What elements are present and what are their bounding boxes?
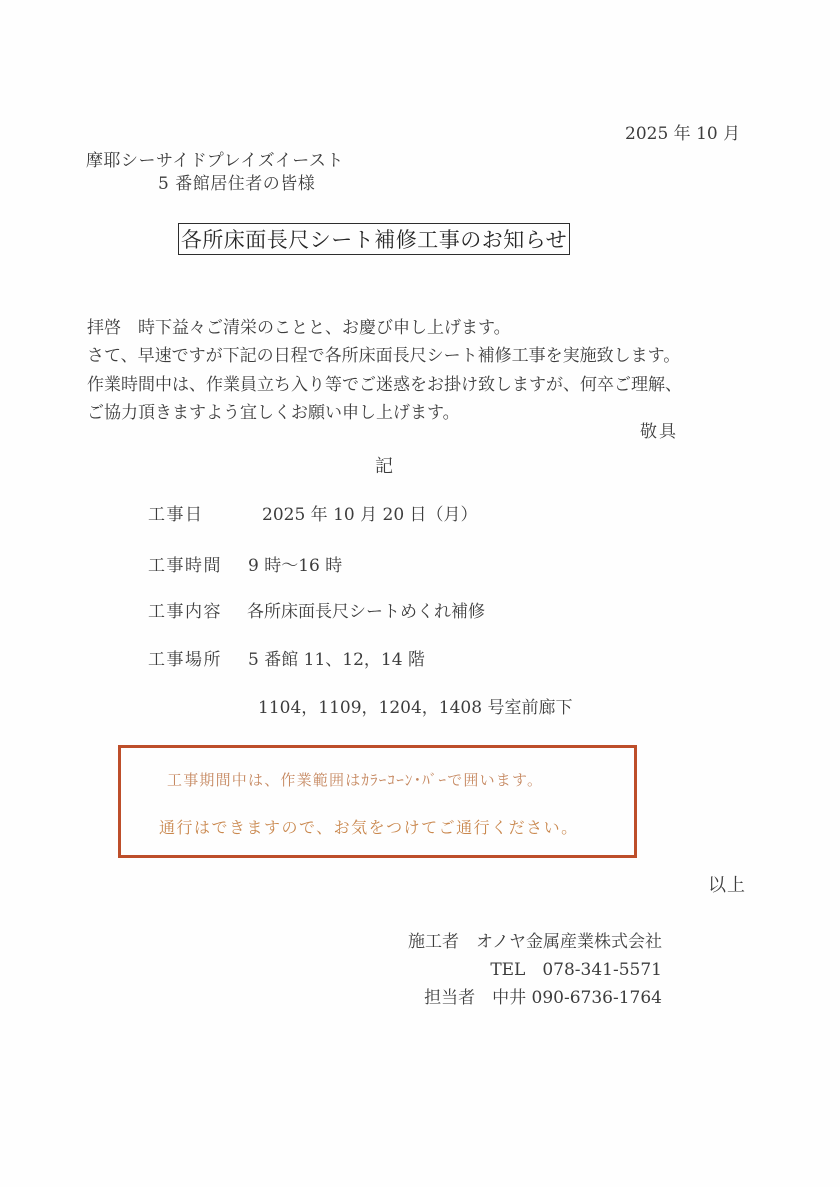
record-heading: 記: [375, 452, 393, 478]
contractor-line: 施工者 オノヤ金属産業株式会社: [408, 928, 662, 956]
greeting-line: 作業時間中は、作業員立ち入り等でご迷惑をお掛け致しますが、何卒ご理解、: [87, 371, 682, 399]
notice-title-box: 各所床面長尺シート補修工事のお知らせ: [178, 223, 570, 255]
greeting-paragraph: 拝啓 時下益々ご清栄のことと、お慶び申し上げます。 さて、早速ですが下記の日程で…: [87, 314, 682, 428]
record-value: 9 時～16 時: [248, 551, 342, 576]
notice-document: 2025 年 10 月 摩耶シーサイドプレイズイースト 5 番館居住者の皆様 各…: [0, 0, 840, 1187]
record-label: 工事場所: [148, 645, 222, 670]
closing-keigu: 敬具: [640, 417, 678, 442]
person-line: 担当者 中井 090-6736-1764: [408, 984, 662, 1012]
greeting-line: さて、早速ですが下記の日程で各所床面長尺シート補修工事を実施致します。: [87, 342, 682, 370]
recipient-residents: 5 番館居住者の皆様: [158, 169, 315, 194]
document-date: 2025 年 10 月: [625, 119, 740, 144]
record-value: 2025 年 10 月 20 日（月）: [262, 500, 478, 525]
record-value: 各所床面長尺シートめくれ補修: [247, 597, 485, 622]
greeting-line: ご協力頂きますよう宜しくお願い申し上げます。: [87, 399, 682, 427]
notice-box: 工事期間中は、作業範囲はｶﾗｰｺｰﾝ･ﾊﾞｰで囲います。 通行はできますので、お…: [118, 745, 637, 858]
record-label: 工事内容: [148, 597, 222, 622]
record-value: 5 番館 11、12，14 階: [248, 645, 425, 670]
notice-box-line1: 工事期間中は、作業範囲はｶﾗｰｺｰﾝ･ﾊﾞｰで囲います。: [167, 769, 543, 790]
record-label: 工事時間: [148, 551, 222, 576]
greeting-line: 拝啓 時下益々ご清栄のことと、お慶び申し上げます。: [87, 314, 682, 342]
notice-title: 各所床面長尺シート補修工事のお知らせ: [181, 224, 567, 254]
record-value: 1104，1109，1204，1408 号室前廊下: [258, 693, 572, 718]
contact-block: 施工者 オノヤ金属産業株式会社 TEL 078-341-5571 担当者 中井 …: [408, 928, 662, 1012]
notice-box-line2: 通行はできますので、お気をつけてご通行ください。: [159, 815, 579, 838]
recipient-building: 摩耶シーサイドプレイズイースト: [86, 146, 344, 171]
record-label: 工事日: [148, 500, 204, 525]
tel-line: TEL 078-341-5571: [408, 956, 662, 984]
end-mark: 以上: [708, 871, 746, 897]
